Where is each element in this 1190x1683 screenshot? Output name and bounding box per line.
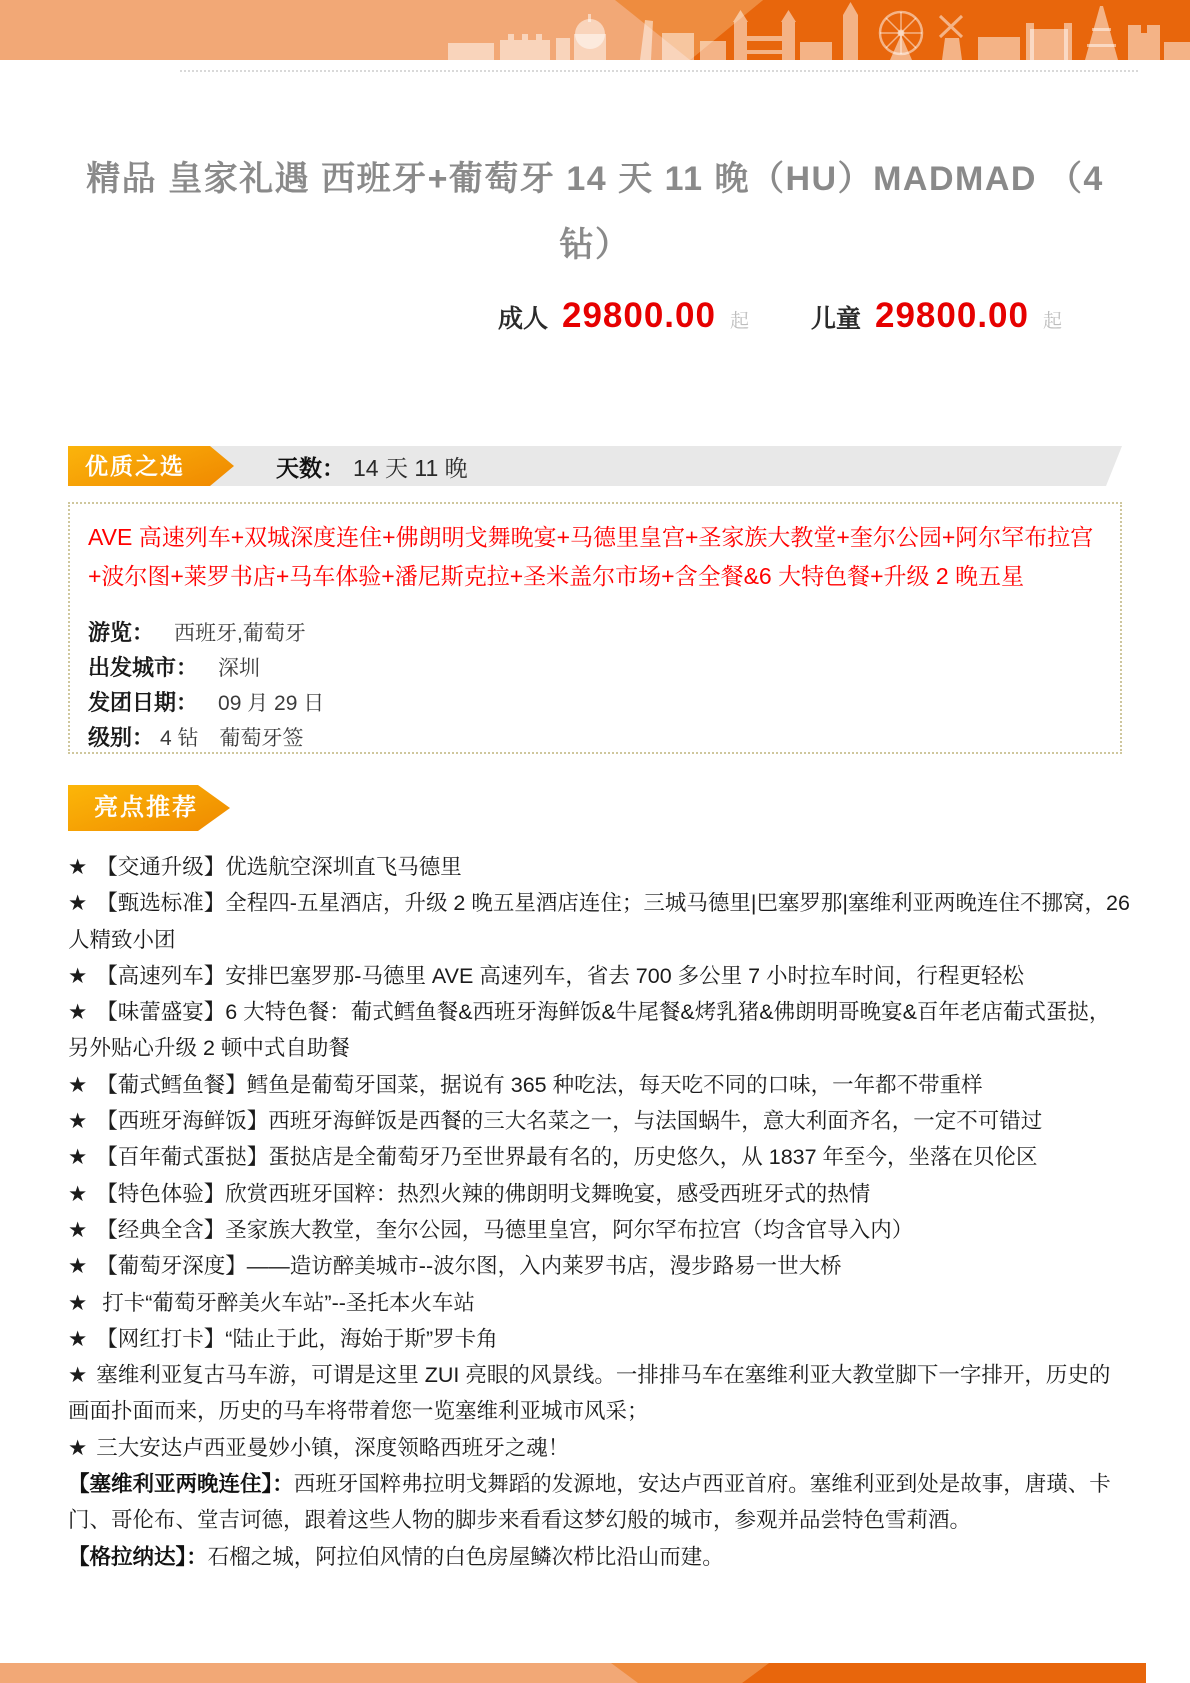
highlight-paragraph-seville: 【塞维利亚两晚连住】：西班牙国粹弗拉明戈舞蹈的发源地，安达卢西亚首府。塞维利亚到…: [68, 1466, 1130, 1539]
highlight-item: ★【特色体验】欣赏西班牙国粹：热烈火辣的佛朗明戈舞晚宴，感受西班牙式的热情: [68, 1176, 1130, 1212]
highlight-text: 【网红打卡】“陆止于此，海始于斯”罗卡角: [96, 1327, 497, 1351]
detail-row-destinations: 游览：西班牙,葡萄牙: [88, 616, 1102, 651]
header-divider: [180, 70, 1138, 72]
highlight-text: 【葡萄牙深度】——造访醉美城市--波尔图，入内莱罗书店，漫步路易一世大桥: [96, 1254, 841, 1278]
star-icon: ★: [68, 891, 87, 915]
detail-value: 09 月 29 日: [218, 692, 324, 715]
highlight-item: ★ 打卡“葡萄牙醉美火车站”--圣托本火车站: [68, 1285, 1130, 1321]
highlight-text: 【西班牙海鲜饭】西班牙海鲜饭是西餐的三大名菜之一，与法国蜗牛，意大利面齐名，一定…: [96, 1109, 1042, 1133]
child-price-from-suffix: 起: [1043, 306, 1062, 333]
star-icon: ★: [68, 1436, 87, 1460]
highlight-text: 【甄选标准】全程四-五星酒店，升级 2 晚五星酒店连住；三城马德里|巴塞罗那|塞…: [68, 891, 1130, 951]
adult-price-from-suffix: 起: [730, 306, 749, 333]
detail-label: 级别：: [88, 725, 154, 750]
highlight-item: ★【甄选标准】全程四-五星酒店，升级 2 晚五星酒店连住；三城马德里|巴塞罗那|…: [68, 885, 1130, 958]
banner-graphic: [0, 0, 1190, 60]
detail-label: 发团日期：: [88, 690, 198, 715]
adult-price-label: 成人: [498, 299, 548, 335]
star-icon: ★: [68, 1254, 87, 1278]
star-icon: ★: [68, 1327, 87, 1351]
star-icon: ★: [68, 1218, 87, 1242]
star-icon: ★: [68, 855, 87, 879]
paragraph-lead: 【塞维利亚两晚连住】：: [68, 1472, 294, 1496]
tour-detail-page: 精品 皇家礼遇 西班牙+葡萄牙 14 天 11 晚（HU）MADMAD （4钻）…: [0, 0, 1190, 1683]
tour-details: 游览：西班牙,葡萄牙 出发城市：深圳 发团日期：09 月 29 日 级别：4 钻…: [88, 616, 1102, 756]
highlight-text: 【高速列车】安排巴塞罗那-马德里 AVE 高速列车，省去 700 多公里 7 小…: [96, 964, 1024, 988]
highlight-text: 【特色体验】欣赏西班牙国粹：热烈火辣的佛朗明戈舞晚宴，感受西班牙式的热情: [96, 1182, 870, 1206]
star-icon: ★: [68, 1291, 87, 1315]
price-row: 成人 29800.00 起 儿童 29800.00 起: [498, 296, 1062, 336]
highlight-item: ★塞维利亚复古马车游，可谓是这里 ZUI 亮眼的风景线。一排排马车在塞维利亚大教…: [68, 1357, 1130, 1430]
highlight-item: ★【高速列车】安排巴塞罗那-马德里 AVE 高速列车，省去 700 多公里 7 …: [68, 958, 1130, 994]
highlights-list: ★【交通升级】优选航空深圳直飞马德里 ★【甄选标准】全程四-五星酒店，升级 2 …: [68, 849, 1130, 1575]
adult-price-value: 29800.00: [562, 296, 716, 336]
star-icon: ★: [68, 1000, 87, 1024]
highlight-item: ★【交通升级】优选航空深圳直飞马德里: [68, 849, 1130, 885]
highlight-text: 【交通升级】优选航空深圳直飞马德里: [96, 855, 462, 879]
duration-label: 天数：: [276, 450, 345, 483]
child-price-value: 29800.00: [875, 296, 1029, 336]
paragraph-text: 石榴之城，阿拉伯风情的白色房屋鳞次栉比沿山而建。: [208, 1545, 724, 1569]
tour-summary-box: AVE 高速列车+双城深度连住+佛朗明戈舞晚宴+马德里皇宫+圣家族大教堂+奎尔公…: [68, 502, 1122, 754]
detail-label: 游览：: [88, 620, 154, 645]
star-icon: ★: [68, 1109, 87, 1133]
highlight-text: 【百年葡式蛋挞】蛋挞店是全葡萄牙乃至世界最有名的，历史悠久，从 1837 年至今…: [96, 1145, 1037, 1169]
detail-value: 西班牙,葡萄牙: [174, 622, 306, 645]
highlight-item: ★【西班牙海鲜饭】西班牙海鲜饭是西餐的三大名菜之一，与法国蜗牛，意大利面齐名，一…: [68, 1103, 1130, 1139]
detail-row-departure-city: 出发城市：深圳: [88, 651, 1102, 686]
highlight-text: 三大安达卢西亚曼妙小镇，深度领略西班牙之魂！: [96, 1436, 569, 1460]
star-icon: ★: [68, 1363, 87, 1387]
highlight-text: 【经典全含】圣家族大教堂，奎尔公园，马德里皇宫，阿尔罕布拉宫（均含官导入内）: [96, 1218, 913, 1242]
star-icon: ★: [68, 964, 87, 988]
duration-value: 14 天 11 晚: [353, 450, 468, 483]
detail-row-level: 级别：4 钻 葡萄牙签: [88, 721, 1102, 756]
highlight-item: ★三大安达卢西亚曼妙小镇，深度领略西班牙之魂！: [68, 1430, 1130, 1466]
star-icon: ★: [68, 1145, 87, 1169]
detail-value: 深圳: [218, 657, 260, 680]
detail-value: 4 钻 葡萄牙签: [160, 727, 304, 750]
detail-label: 出发城市：: [88, 655, 198, 680]
page-title: 精品 皇家礼遇 西班牙+葡萄牙 14 天 11 晚（HU）MADMAD （4钻）: [60, 146, 1130, 278]
highlight-text: 打卡“葡萄牙醉美火车站”--圣托本火车站: [96, 1291, 475, 1315]
duration-bar: 天数： 14 天 11 晚: [100, 446, 1122, 486]
highlight-text: 塞维利亚复古马车游，可谓是这里 ZUI 亮眼的风景线。一排排马车在塞维利亚大教堂…: [68, 1363, 1110, 1423]
highlight-item: ★【葡萄牙深度】——造访醉美城市--波尔图，入内莱罗书店，漫步路易一世大桥: [68, 1248, 1130, 1284]
top-banner: [0, 0, 1190, 60]
highlight-item: ★【经典全含】圣家族大教堂，奎尔公园，马德里皇宫，阿尔罕布拉宫（均含官导入内）: [68, 1212, 1130, 1248]
star-icon: ★: [68, 1182, 87, 1206]
detail-row-departure-date: 发团日期：09 月 29 日: [88, 686, 1102, 721]
highlights-badge: 亮点推荐: [68, 785, 230, 831]
star-icon: ★: [68, 1073, 87, 1097]
tour-summary-text: AVE 高速列车+双城深度连住+佛朗明戈舞晚宴+马德里皇宫+圣家族大教堂+奎尔公…: [88, 518, 1102, 596]
highlight-paragraph-granada: 【格拉纳达】：石榴之城，阿拉伯风情的白色房屋鳞次栉比沿山而建。: [68, 1539, 1130, 1575]
paragraph-lead: 【格拉纳达】：: [68, 1545, 208, 1569]
highlight-text: 【味蕾盛宴】6 大特色餐：葡式鳕鱼餐&西班牙海鲜饭&牛尾餐&烤乳猪&佛朗明哥晚宴…: [68, 1000, 1110, 1060]
highlight-item: ★【味蕾盛宴】6 大特色餐：葡式鳕鱼餐&西班牙海鲜饭&牛尾餐&烤乳猪&佛朗明哥晚…: [68, 994, 1130, 1067]
highlight-item: ★【百年葡式蛋挞】蛋挞店是全葡萄牙乃至世界最有名的，历史悠久，从 1837 年至…: [68, 1139, 1130, 1175]
highlight-item: ★【网红打卡】“陆止于此，海始于斯”罗卡角: [68, 1321, 1130, 1357]
child-price-label: 儿童: [811, 299, 861, 335]
highlight-text: 【葡式鳕鱼餐】鳕鱼是葡萄牙国菜，据说有 365 种吃法，每天吃不同的口味，一年都…: [96, 1073, 982, 1097]
quality-badge: 优质之选: [68, 446, 234, 486]
highlight-item: ★【葡式鳕鱼餐】鳕鱼是葡萄牙国菜，据说有 365 种吃法，每天吃不同的口味，一年…: [68, 1067, 1130, 1103]
footer-bar: [0, 1663, 1190, 1683]
